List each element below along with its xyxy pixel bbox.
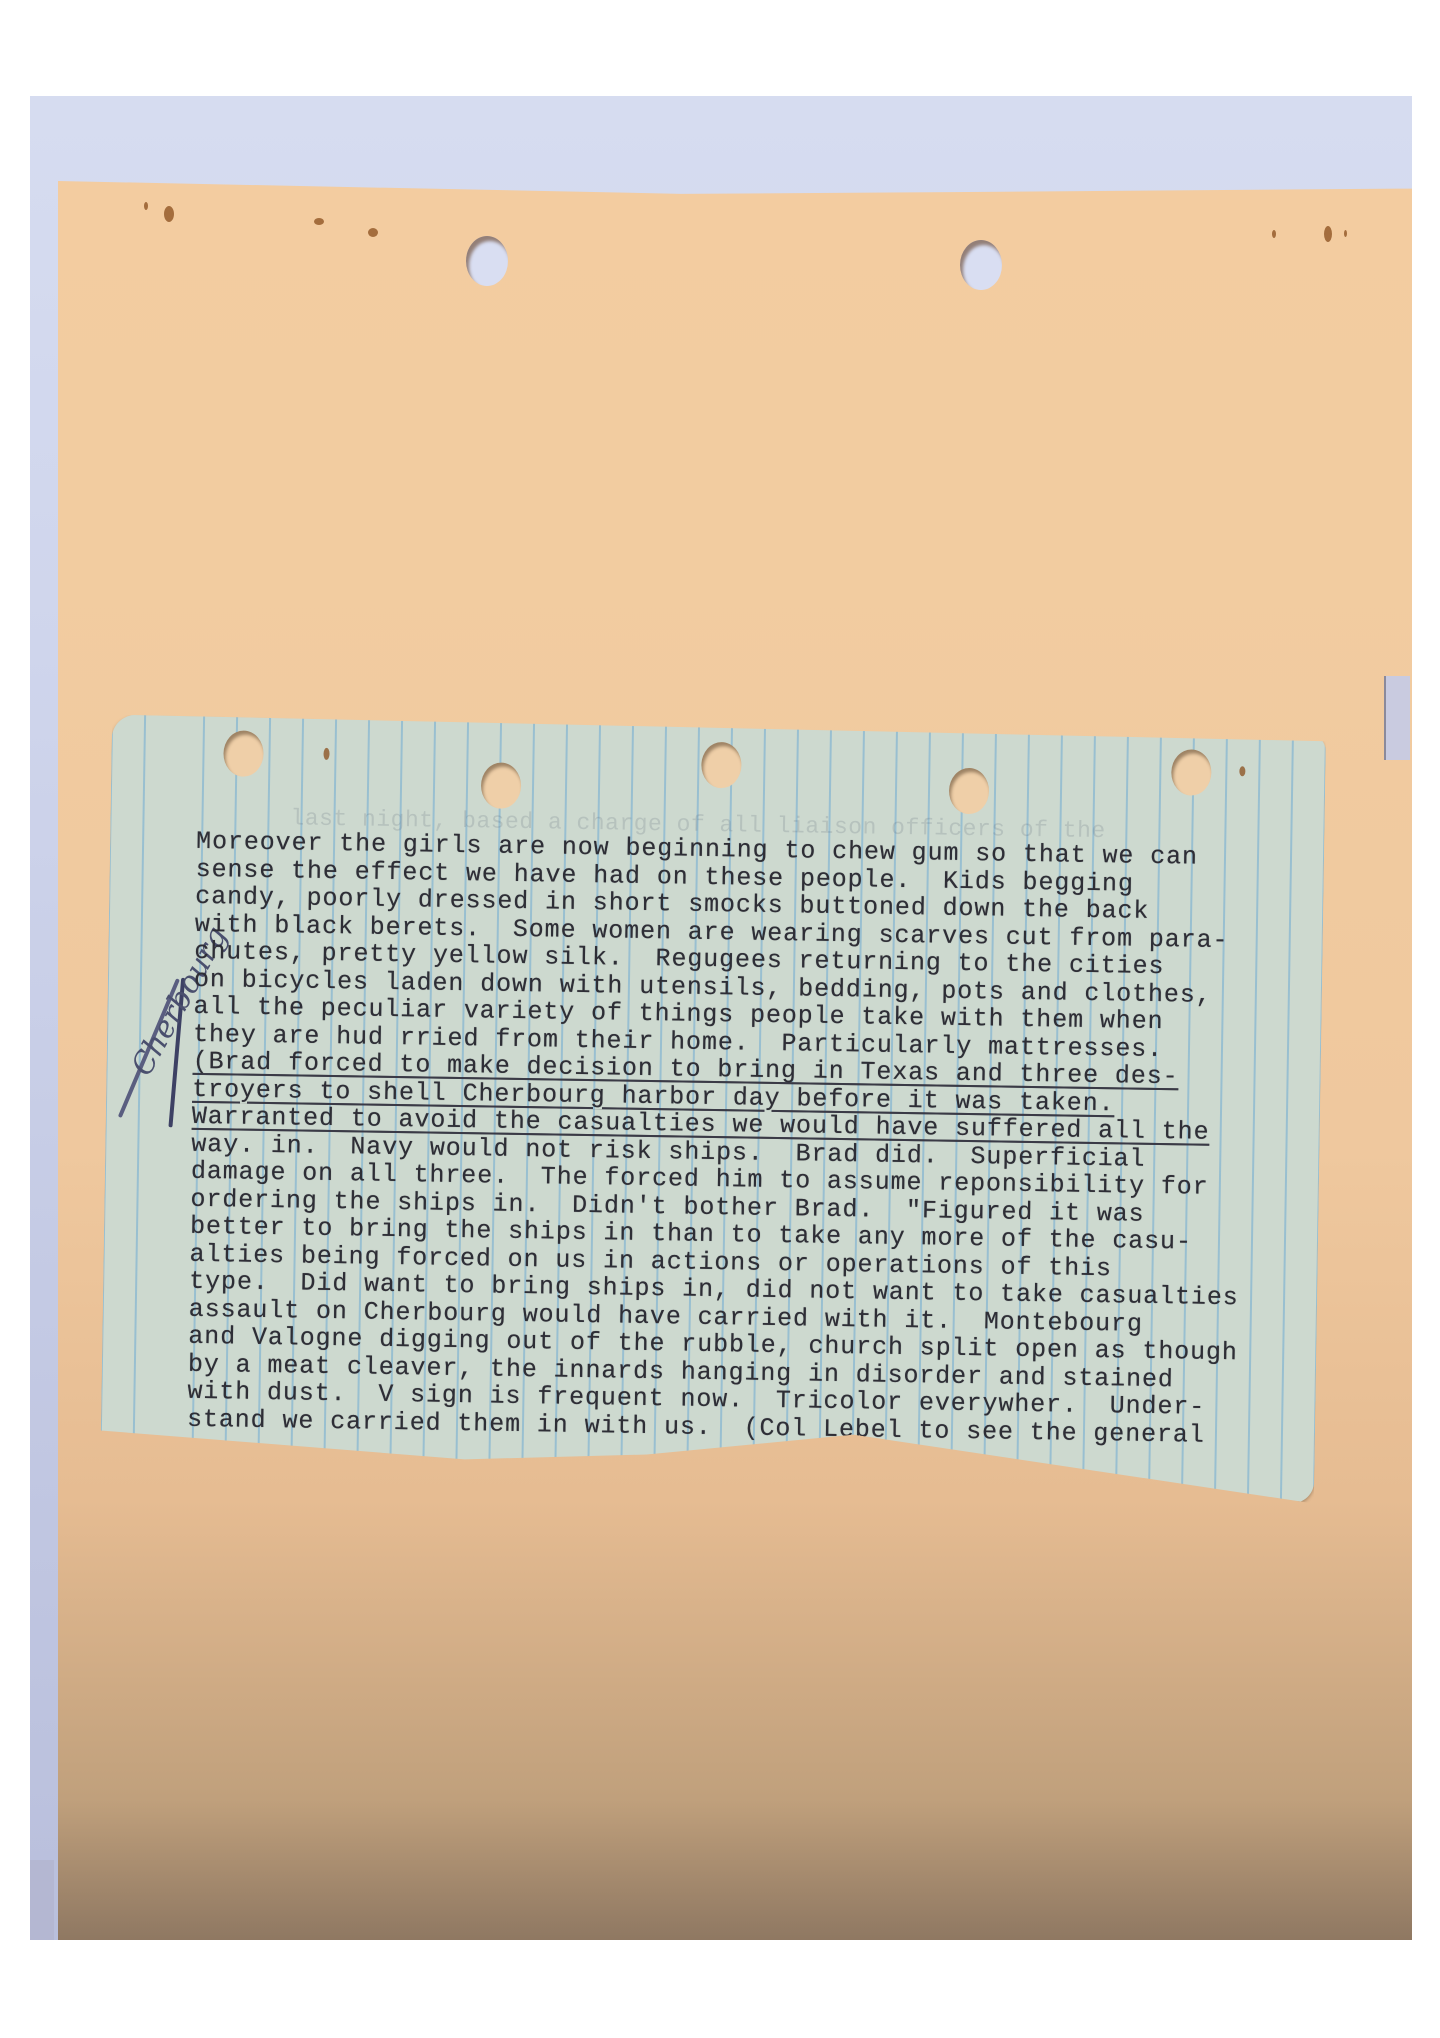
rust-stain: [1324, 226, 1332, 242]
rust-stain: [1344, 230, 1347, 237]
card-stain: [323, 748, 329, 760]
typed-text-body: Moreover the girls are now beginning to …: [187, 828, 1306, 1450]
rust-stain: [1272, 230, 1276, 238]
card-punch-hole: [701, 742, 742, 789]
backdrop-edge: [30, 1860, 54, 1940]
rust-stain: [368, 228, 378, 237]
punch-hole: [466, 236, 508, 286]
card-punch-hole: [223, 730, 264, 777]
card-punch-hole: [1171, 749, 1212, 796]
card-stain: [1239, 766, 1245, 776]
rust-stain: [164, 206, 174, 222]
note-card: last night, based a charge of all liaiso…: [100, 715, 1326, 1504]
paper-tab-scrap: [1384, 676, 1410, 760]
card-punch-hole: [481, 762, 522, 809]
rust-stain: [144, 202, 148, 210]
card-punch-hole: [949, 768, 990, 815]
punch-hole: [960, 240, 1002, 290]
rust-stain: [314, 218, 324, 225]
